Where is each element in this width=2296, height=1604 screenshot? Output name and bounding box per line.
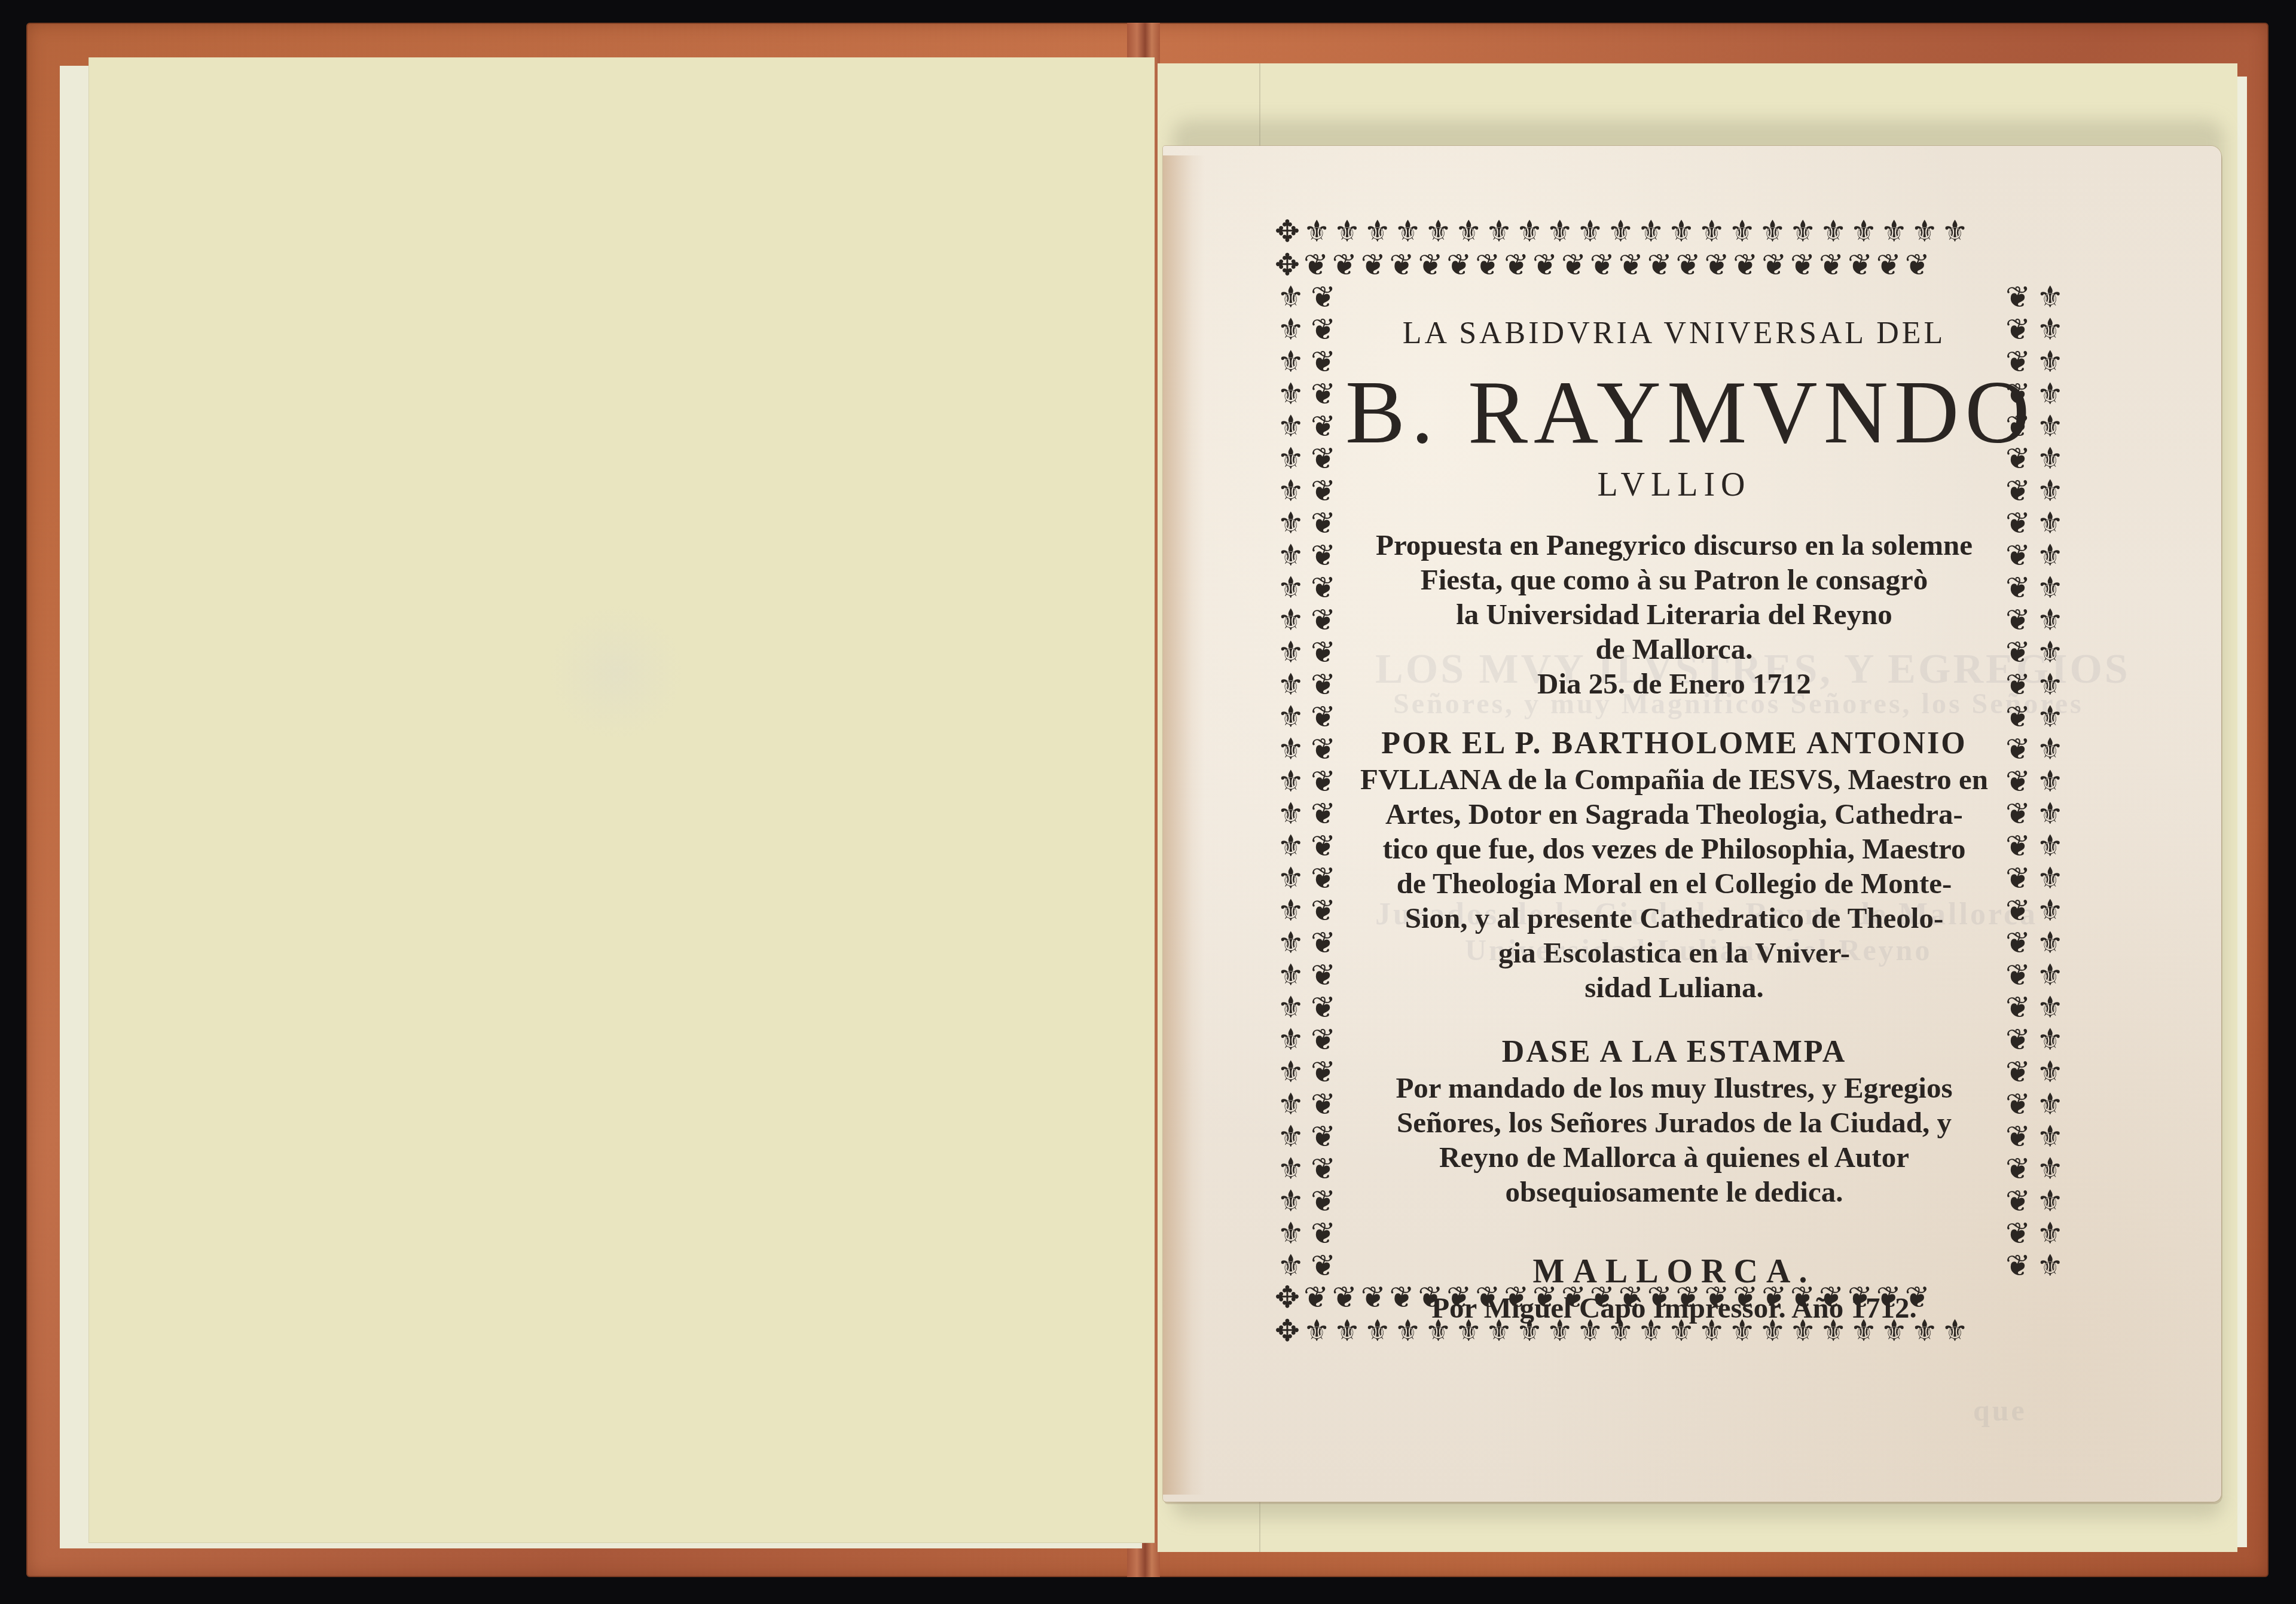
description-line: de Mallorca.: [1345, 632, 2003, 667]
fleuron-column-icon: ⚜⚜⚜⚜⚜⚜⚜⚜⚜⚜⚜⚜⚜⚜⚜⚜⚜⚜⚜⚜⚜⚜⚜⚜⚜⚜⚜⚜⚜⚜⚜⚜⚜⚜: [2034, 281, 2066, 1281]
author-line: Sion, y al presente Cathedratico de Theo…: [1345, 901, 2003, 936]
left-endpaper: [88, 57, 1155, 1543]
dedication-line: Reyno de Mallorca à quienes el Autor: [1345, 1140, 2003, 1175]
description-line: Propuesta en Panegyrico discurso en la s…: [1345, 528, 2003, 563]
author-name: POR EL P. BARTHOLOME ANTONIO: [1345, 725, 2003, 762]
author-line: Artes, Dotor en Sagrada Theologia, Cathe…: [1345, 797, 2003, 832]
watermark-mark: [550, 604, 682, 741]
title-surname: LVLLIO: [1345, 466, 2003, 504]
dedication-block: DASE A LA ESTAMPA Por mandado de los muy…: [1345, 1034, 2003, 1209]
fleuron-row-icon: ✥❦❦❦❦❦❦❦❦❦❦❦❦❦❦❦❦❦❦❦❦❦❦: [1275, 249, 2068, 281]
dedication-line: Señores, los Señores Jurados de la Ciuda…: [1345, 1105, 2003, 1140]
author-block: POR EL P. BARTHOLOME ANTONIO FVLLANA de …: [1345, 725, 2003, 1005]
fleuron-column-icon: ⚜⚜⚜⚜⚜⚜⚜⚜⚜⚜⚜⚜⚜⚜⚜⚜⚜⚜⚜⚜⚜⚜⚜⚜⚜⚜⚜⚜⚜⚜⚜⚜⚜⚜: [1275, 281, 1307, 1281]
author-line: sidad Luliana.: [1345, 970, 2003, 1005]
fleuron-row-icon: ✥⚜⚜⚜⚜⚜⚜⚜⚜⚜⚜⚜⚜⚜⚜⚜⚜⚜⚜⚜⚜⚜⚜: [1275, 215, 2068, 248]
dedication-line: obsequiosamente le dedica.: [1345, 1175, 2003, 1209]
author-line: gia Escolastica en la Vniver-: [1345, 936, 2003, 970]
show-through-line: que: [1973, 1393, 2027, 1428]
author-line: tico que fue, dos vezes de Philosophia, …: [1345, 832, 2003, 866]
title-text-block: LA SABIDVRIA VNIVERSAL DEL B. RAYMVNDO L…: [1345, 299, 2003, 1325]
fleuron-column-icon: ❦❦❦❦❦❦❦❦❦❦❦❦❦❦❦❦❦❦❦❦❦❦❦❦❦❦❦❦❦❦❦❦❦❦: [1307, 281, 1339, 1281]
author-line: FVLLANA de la Compañia de IESVS, Maestro…: [1345, 762, 2003, 797]
dedication-line: Por mandado de los muy Ilustres, y Egreg…: [1345, 1071, 2003, 1105]
imprint-block: MALLORCA. Por Miguel Capò Impressor. Año…: [1345, 1252, 2003, 1325]
description-line: la Universidad Literaria del Reyno: [1345, 597, 2003, 632]
right-flyleaf-edge: [2237, 77, 2247, 1547]
description-line: Fiesta, que como à su Patron le consagrò: [1345, 563, 2003, 597]
title-main-name: B. RAYMVNDO: [1345, 362, 2003, 463]
dedication-heading: DASE A LA ESTAMPA: [1345, 1034, 2003, 1071]
imprint-line: Por Miguel Capò Impressor. Año 1712.: [1345, 1291, 2003, 1325]
imprint-place: MALLORCA.: [1345, 1252, 2003, 1291]
author-line: de Theologia Moral en el Collegio de Mon…: [1345, 866, 2003, 901]
ornament-top: ✥⚜⚜⚜⚜⚜⚜⚜⚜⚜⚜⚜⚜⚜⚜⚜⚜⚜⚜⚜⚜⚜⚜ ✥❦❦❦❦❦❦❦❦❦❦❦❦❦❦❦…: [1275, 215, 2068, 281]
date-line: Dia 25. de Enero 1712: [1345, 667, 2003, 701]
ornament-left: ⚜⚜⚜⚜⚜⚜⚜⚜⚜⚜⚜⚜⚜⚜⚜⚜⚜⚜⚜⚜⚜⚜⚜⚜⚜⚜⚜⚜⚜⚜⚜⚜⚜⚜ ❦❦❦❦❦…: [1275, 281, 1341, 1281]
binding-stain: [1163, 155, 1205, 1495]
description-block: Propuesta en Panegyrico discurso en la s…: [1345, 528, 2003, 701]
title-heading: LA SABIDVRIA VNIVERSAL DEL: [1345, 316, 2003, 351]
